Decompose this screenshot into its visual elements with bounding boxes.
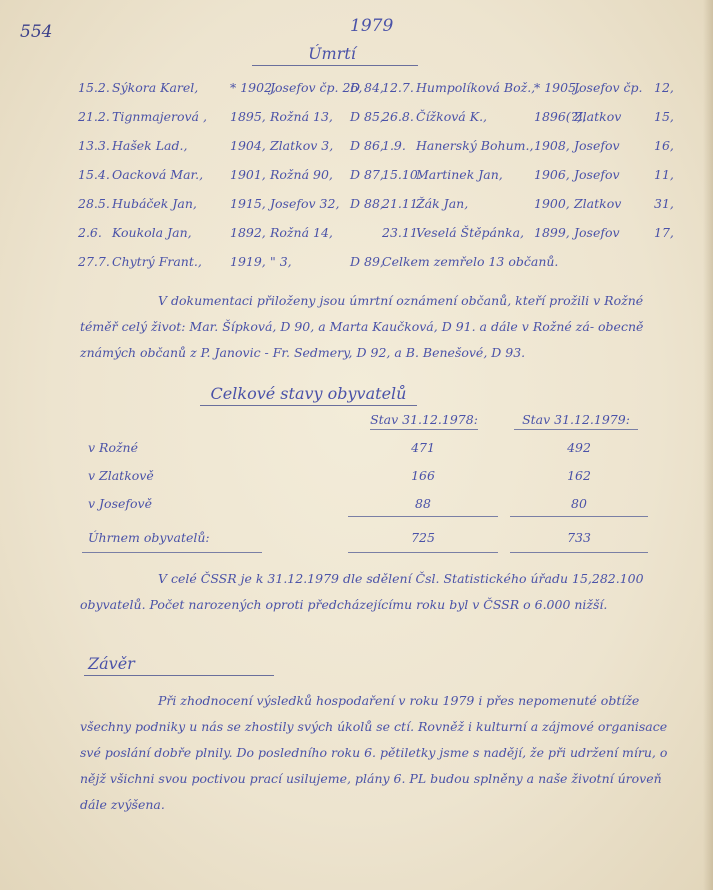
population-1979: 80 (510, 496, 648, 511)
death-name: Veselá Štěpánka, (416, 225, 534, 240)
death-record-no: D 89, (350, 254, 384, 269)
documentation-paragraph: V dokumentaci přiloženy jsou úmrtní ozná… (80, 288, 680, 366)
death-address: Josefov čp. (574, 80, 654, 95)
death-record-no: D 85, (350, 109, 384, 124)
death-entry: 15.4.Oacková Mar.,1901,Rožná 90,D 87, (78, 167, 384, 189)
death-address: Josefov (574, 138, 654, 153)
death-date: 23.11. (382, 225, 416, 240)
death-record-no: 31, (654, 196, 674, 211)
death-address: Zlatkov (574, 196, 654, 211)
total-underline (82, 552, 262, 553)
population-place: v Rožné (88, 440, 138, 455)
death-date: 21.2. (78, 109, 112, 124)
death-date: 28.5. (78, 196, 112, 211)
cssr-text: V celé ČSSR je k 31.12.1979 dle sdělení … (80, 571, 644, 612)
death-address: Rožná 90, (270, 167, 350, 182)
death-birth-year: 1919, (230, 254, 270, 269)
death-entry: 27.7.Chytrý Frant.,1919," 3,D 89, (78, 254, 384, 276)
death-address: Rožná 14, (270, 225, 350, 240)
death-date: 13.3. (78, 138, 112, 153)
population-place: v Zlatkově (88, 468, 154, 483)
conclusion-paragraph: Při zhodnocení výsledků hospodaření v ro… (80, 688, 680, 818)
death-record-no: D 88, (350, 196, 384, 211)
death-address: " 3, (270, 254, 350, 269)
conclusion-heading: Závěr (84, 654, 274, 676)
deaths-heading: Úmrtí (252, 44, 418, 66)
death-address: Zlatkov (574, 109, 654, 124)
death-record-no: D 86, (350, 138, 384, 153)
deaths-total: Celkem zemřelo 13 občanů. (382, 254, 558, 269)
death-record-no: 15, (654, 109, 674, 124)
death-address: Josefov (574, 225, 654, 240)
population-1978: 166 (348, 468, 498, 483)
death-entry: 12.7.Humpolíková Bož.,* 1905,Josefov čp.… (382, 80, 674, 102)
death-date: 21.11. (382, 196, 416, 211)
death-birth-year: 1895, (230, 109, 270, 124)
death-entry: 21.2.Tignmajerová ,1895,Rožná 13,D 85, (78, 109, 384, 131)
death-entry: 26.8.Čížková K.,1896(?),Zlatkov15, (382, 109, 674, 131)
population-1978: 88 (348, 496, 498, 511)
death-entry: 13.3.Hašek Lad.,1904,Zlatkov 3,D 86, (78, 138, 384, 160)
death-entry: 15.2.Sýkora Karel,* 1902,Josefov čp. 26,… (78, 80, 384, 102)
death-date: 26.8. (382, 109, 416, 124)
chronicle-year: 1979 (350, 16, 393, 36)
page-edge-shadow (703, 0, 713, 890)
conclusion-text: Při zhodnocení výsledků hospodaření v ro… (80, 693, 667, 812)
subtotal-line (348, 516, 498, 517)
death-birth-year: 1899, (534, 225, 574, 240)
death-record-no: 11, (654, 167, 674, 182)
death-date: 15.4. (78, 167, 112, 182)
death-birth-year: 1908, (534, 138, 574, 153)
header-1978: Stav 31.12.1978: (370, 412, 478, 430)
death-entry: 21.11.Žák Jan,1900,Zlatkov31, (382, 196, 674, 218)
death-name: Hubáček Jan, (112, 196, 230, 211)
total-underline (348, 552, 498, 553)
death-date: 2.6. (78, 225, 112, 240)
documentation-text: V dokumentaci přiloženy jsou úmrtní ozná… (80, 293, 643, 360)
population-row: v Rožné471492 (80, 440, 680, 464)
death-entry: 28.5.Hubáček Jan,1915,Josefov 32,D 88, (78, 196, 384, 218)
death-name: Koukola Jan, (112, 225, 230, 240)
death-entry: 23.11.Veselá Štěpánka,1899,Josefov17, (382, 225, 674, 247)
death-birth-year: 1900, (534, 196, 574, 211)
death-record-no: D 87, (350, 167, 384, 182)
population-total-label: Úhrnem obyvatelů: (88, 530, 210, 545)
death-date: 27.7. (78, 254, 112, 269)
population-1979: 492 (510, 440, 648, 455)
death-date: 15.10. (382, 167, 416, 182)
death-entry: 15.10.Martinek Jan,1906,Josefov11, (382, 167, 674, 189)
death-name: Chytrý Frant., (112, 254, 230, 269)
death-name: Čížková K., (416, 109, 534, 124)
death-address: Josefov čp. 26, (270, 80, 350, 95)
population-total-1978: 725 (348, 530, 498, 545)
death-name: Sýkora Karel, (112, 80, 230, 95)
population-heading: Celkové stavy obyvatelů (200, 384, 417, 406)
death-birth-year: * 1902, (230, 80, 270, 95)
cssr-paragraph: V celé ČSSR je k 31.12.1979 dle sdělení … (80, 566, 680, 618)
death-name: Žák Jan, (416, 196, 534, 211)
header-1979: Stav 31.12.1979: (514, 412, 638, 430)
total-underline (510, 552, 648, 553)
death-name: Tignmajerová , (112, 109, 230, 124)
death-address: Rožná 13, (270, 109, 350, 124)
death-date: 12.7. (382, 80, 416, 95)
death-entry: 2.6.Koukola Jan,1892,Rožná 14, (78, 225, 350, 247)
population-total-1979: 733 (510, 530, 648, 545)
death-entry: 1.9.Hanerský Bohum.,1908,Josefov16, (382, 138, 674, 160)
population-1978: 471 (348, 440, 498, 455)
death-record-no: D 84, (350, 80, 384, 95)
death-address: Josefov (574, 167, 654, 182)
death-name: Oacková Mar., (112, 167, 230, 182)
death-birth-year: 1896(?), (534, 109, 574, 124)
death-birth-year: 1915, (230, 196, 270, 211)
death-date: 1.9. (382, 138, 416, 153)
page-number: 554 (20, 22, 52, 42)
death-name: Martinek Jan, (416, 167, 534, 182)
population-total-row: Úhrnem obyvatelů:725733 (80, 530, 680, 554)
death-address: Zlatkov 3, (270, 138, 350, 153)
population-1979: 162 (510, 468, 648, 483)
death-birth-year: 1906, (534, 167, 574, 182)
subtotal-line (510, 516, 648, 517)
death-address: Josefov 32, (270, 196, 350, 211)
death-birth-year: 1901, (230, 167, 270, 182)
population-row: v Zlatkově166162 (80, 468, 680, 492)
chronicle-page: 554 1979 Úmrtí 15.2.Sýkora Karel,* 1902,… (0, 0, 713, 890)
death-record-no: 12, (654, 80, 674, 95)
population-place: v Josefově (88, 496, 152, 511)
death-date: 15.2. (78, 80, 112, 95)
death-birth-year: 1892, (230, 225, 270, 240)
death-birth-year: 1904, (230, 138, 270, 153)
death-name: Humpolíková Bož., (416, 80, 534, 95)
population-row: v Josefově8880 (80, 496, 680, 520)
death-name: Hašek Lad., (112, 138, 230, 153)
death-birth-year: * 1905, (534, 80, 574, 95)
death-name: Hanerský Bohum., (416, 138, 534, 153)
death-record-no: 16, (654, 138, 674, 153)
death-record-no: 17, (654, 225, 674, 240)
